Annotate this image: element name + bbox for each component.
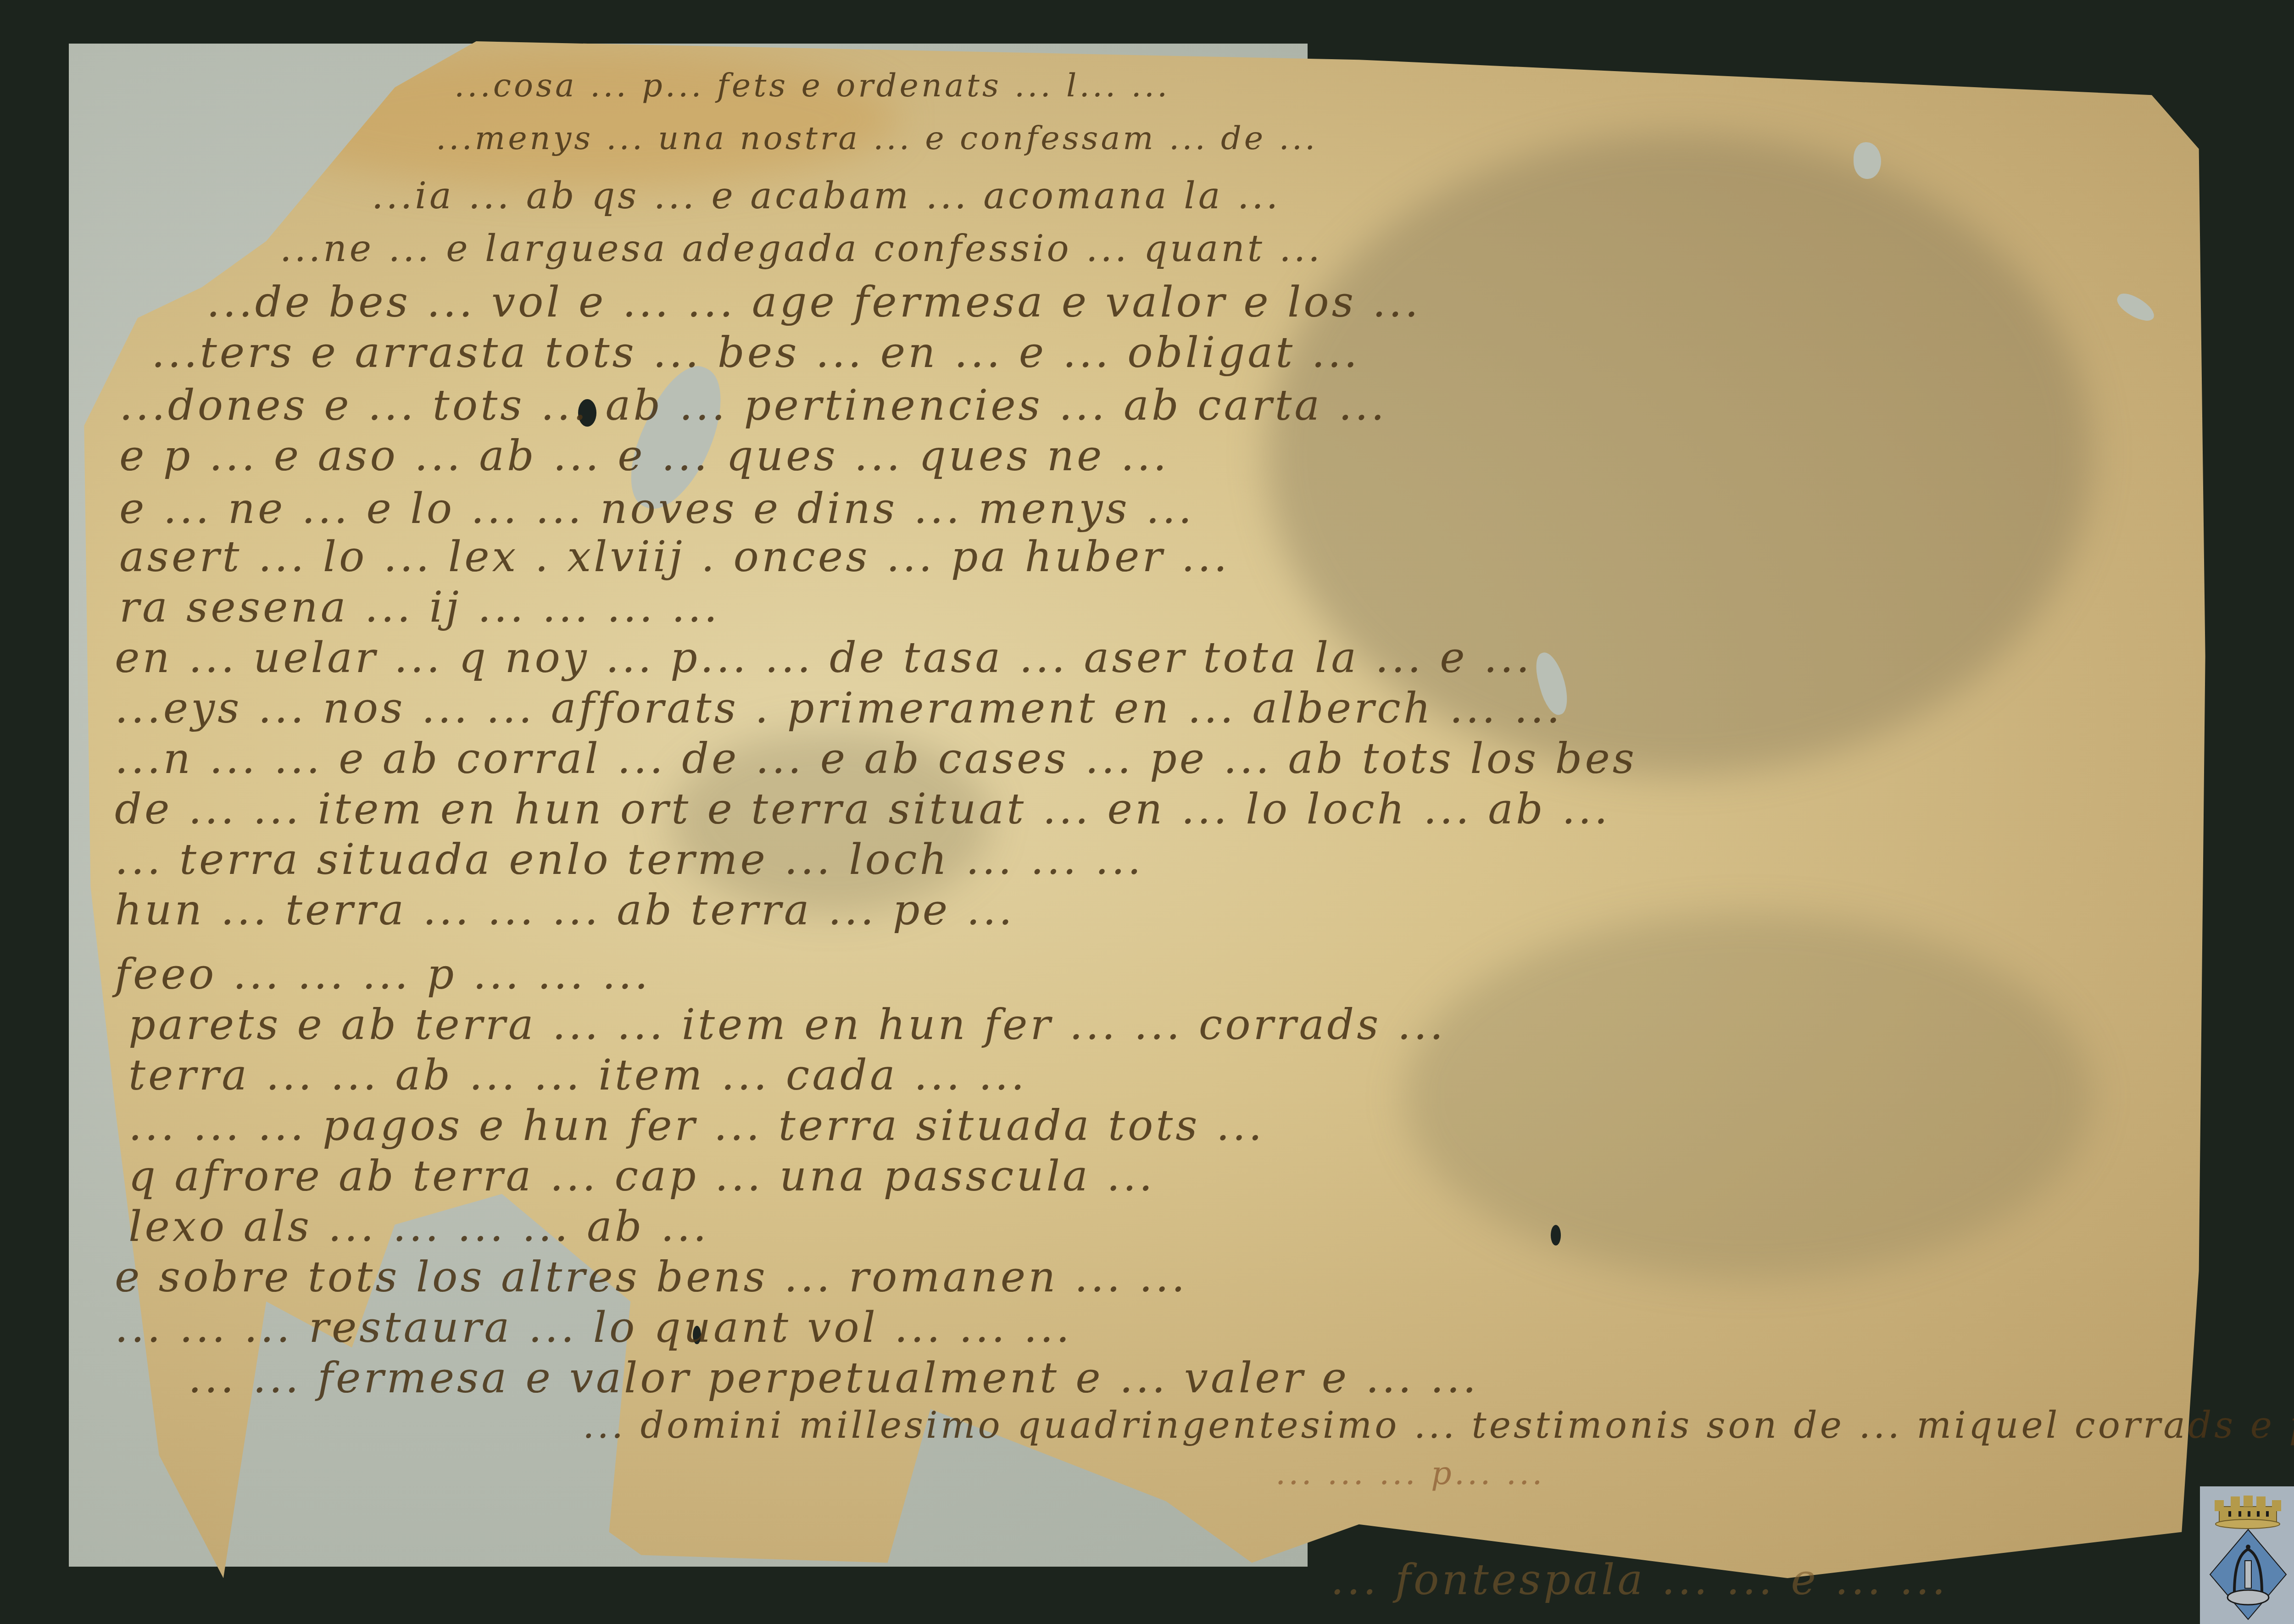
parchment-hole (1854, 142, 1881, 179)
fountain-shield-icon (2209, 1529, 2287, 1620)
stain (1404, 913, 2092, 1280)
text-line: ...eys ... nos ... ... afforats . primer… (115, 684, 1563, 733)
text-line: ... ... ... pagos e hun fer ... terra si… (128, 1101, 1264, 1150)
mural-crown-icon (2210, 1494, 2286, 1530)
text-line: parets e ab terra ... ... item en hun fe… (128, 1000, 1446, 1049)
text-line: hun ... terra ... ... ... ab terra ... p… (115, 885, 1015, 934)
text-line: lexo als ... ... ... ... ab ... (128, 1202, 709, 1251)
text-line: ra sesena ... ij ... ... ... ... (119, 583, 720, 632)
text-line: e sobre tots los altres bens ... romanen… (115, 1252, 1187, 1301)
text-line: ... ... fermesa e valor perpetualment e … (188, 1353, 1479, 1402)
text-line: ... terra situada enlo terme ... loch ..… (115, 835, 1144, 884)
text-line: e p ... e aso ... ab ... e ... ques ... … (119, 431, 1169, 480)
text-line: ... ... ... restaura ... lo quant vol ..… (115, 1303, 1072, 1352)
text-line: asert ... lo ... lex . xlviij . onces ..… (119, 532, 1230, 581)
text-line: en ... uelar ... q noy ... p... ... de t… (115, 633, 1532, 682)
text-line: e ... ne ... e lo ... ... noves e dins .… (119, 484, 1195, 533)
text-line: ...dones e ... tots ... ab ... pertinenc… (119, 381, 1387, 430)
parchment-hole (2113, 289, 2158, 326)
ink-blot (1551, 1225, 1561, 1246)
coat-of-arms-emblem (2200, 1486, 2294, 1624)
text-line: ... ... ... p... ... (1275, 1454, 1545, 1492)
text-line: ...cosa ... p... fets e ordenats ... l..… (454, 67, 1170, 104)
text-line: terra ... ... ab ... ... item ... cada .… (128, 1051, 1027, 1100)
text-line: feeo ... ... ... p ... ... ... (115, 950, 651, 999)
text-line: ...ia ... ab qs ... e acabam ... acomana… (372, 174, 1281, 217)
text-line: de ... ... item en hun ort e terra situa… (115, 784, 1610, 834)
text-line: ... domini millesimo quadringentesimo ..… (583, 1404, 2294, 1446)
text-line: ... fontespala ... ... e ... ... (1331, 1555, 1948, 1604)
text-line: ...menys ... una nostra ... e confessam … (436, 119, 1318, 157)
text-line: q afrore ab terra ... cap ... una passcu… (128, 1151, 1155, 1201)
text-line: ...ters e arrasta tots ... bes ... en ..… (151, 328, 1360, 377)
text-line: ...ne ... e larguesa adegada confessio .… (280, 227, 1323, 270)
text-line: ...n ... ... e ab corral ... de ... e ab… (115, 734, 1637, 783)
text-line: ...de bes ... vol e ... ... age fermesa … (206, 278, 1421, 327)
